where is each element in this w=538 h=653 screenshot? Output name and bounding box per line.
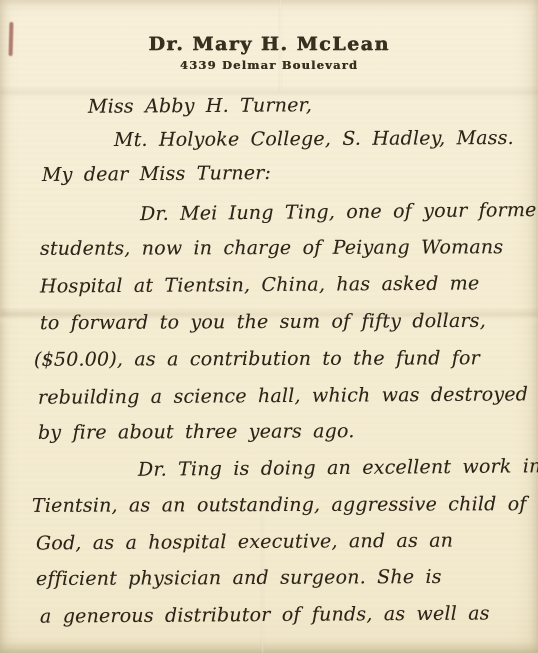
handwritten-line: to forward to you the sum of fifty dolla… [40,310,486,334]
handwritten-line-address: Mt. Holyoke College, S. Hadley, Mass. [114,127,514,151]
handwritten-line: students, now in charge of Peiyang Woman… [40,236,503,260]
handwritten-line: Dr. Ting is doing an excellent work in [138,455,538,481]
letterhead: Dr. Mary H. McLean 4339 Delmar Boulevard [0,33,538,72]
letter-page: Dr. Mary H. McLean 4339 Delmar Boulevard… [0,0,538,653]
handwritten-line-recipient: Miss Abby H. Turner, [88,94,312,118]
handwritten-line: Hospital at Tientsin, China, has asked m… [40,272,480,297]
letterhead-name: Dr. Mary H. McLean [0,33,538,55]
handwritten-line: ($50.00), as a contribution to the fund … [34,347,480,371]
handwritten-line: by fire about three years ago. [38,420,355,444]
handwritten-line-salutation: My dear Miss Turner: [42,162,271,186]
handwritten-line: a generous distributor of funds, as well… [40,602,490,627]
handwritten-line: efficient physician and surgeon. She is [36,566,442,590]
handwritten-line: Dr. Mei Iung Ting, one of your former [140,199,538,225]
letterhead-address: 4339 Delmar Boulevard [0,58,538,72]
handwritten-line: Tientsin, as an outstanding, aggressive … [32,493,527,517]
handwritten-line: rebuilding a science hall, which was des… [38,383,528,408]
handwritten-line: God, as a hospital executive, and as an [36,530,453,555]
